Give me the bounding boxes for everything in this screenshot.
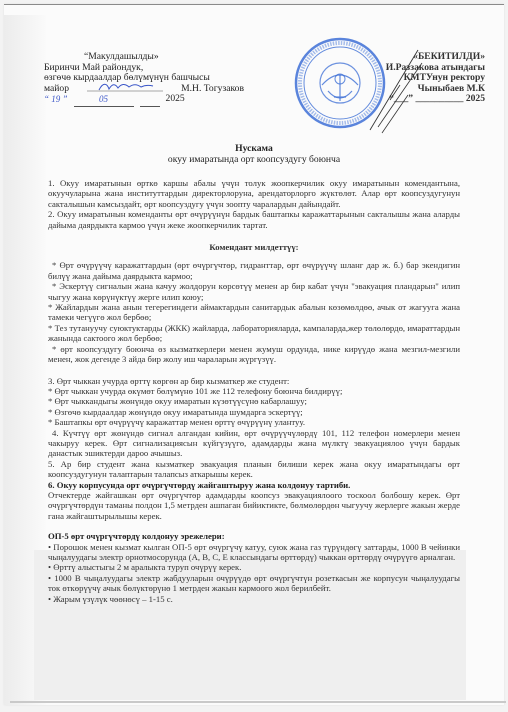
paragraph-4: 4. Күчтүү өрт жөнүндө сигнал алгандан ки… xyxy=(48,428,460,459)
agreed-block: “Макулдашылды» Биринчи Май райондук, өзг… xyxy=(44,52,244,107)
commandant-item: * Өрт өчүрүүчү каражаттардын (өрт өчүргү… xyxy=(48,260,460,281)
paragraph-6-heading: 6. Окуу корпусунда орт очүргүчтөрдү жайг… xyxy=(48,480,460,490)
agreed-date-blank xyxy=(140,94,160,107)
paragraph-3-item: * Баштапкы өрт өчүрүүчү каражаттар менен… xyxy=(48,417,460,427)
paragraph-3-item: * Өрт чыккан учурда өкүмөт бөлүмүнө 101 … xyxy=(48,386,460,396)
handwritten-signature-icon xyxy=(85,81,165,93)
document-subtitle: окуу имаратында орт коопсуздугу боюнча xyxy=(0,154,508,165)
op5-item: • 1000 В чыңалуудагы электр жабдууларын … xyxy=(48,573,460,594)
agreed-date: “ 19 ” 05 2025 xyxy=(44,94,244,107)
commandant-item: * өрт коопсуздугу боюнча өз кызматкерлер… xyxy=(48,344,460,365)
op5-item: • Өрттү алыстыгы 2 м аралыкта туруп очүр… xyxy=(48,562,460,572)
op5-item: • Порошок менен кызмат кылган ОП-5 өрт ө… xyxy=(48,542,460,563)
paragraph-2: 2. Окуу имаратынын коменданты өрт өчүрүү… xyxy=(48,209,460,230)
document-body: 1. Окуу имаратынын өрткө каршы абалы үчү… xyxy=(48,178,460,604)
paragraph-3-item: * Өрт чыккандыгы жөнүндө окуу имаратын к… xyxy=(48,396,460,406)
rector-signature-icon xyxy=(360,45,440,135)
document-title: Нускама xyxy=(0,143,508,154)
paragraph-3-item: * Өзгөчө кырдаалдар жөнүндө окуу имараты… xyxy=(48,407,460,417)
op5-heading: ОП-5 өрт очүргүчтөрдү колдонуу эрежелери… xyxy=(48,531,460,541)
commandant-heading: Комендант милдеттүү: xyxy=(48,242,460,252)
agreed-name: М.Н. Тогузаков xyxy=(181,84,244,95)
commandant-item: * Эскертүү сигналын жана качуу жолдорун … xyxy=(48,281,460,302)
paragraph-3-heading: 3. Өрт чыккан учурда өрттү көргөн ар бир… xyxy=(48,376,460,386)
scan-edge xyxy=(10,701,506,703)
agreed-date-month-field: 05 xyxy=(74,94,134,107)
paragraph-1: 1. Окуу имаратынын өрткө каршы абалы үчү… xyxy=(48,178,460,209)
document-header: Нускама окуу имаратында орт коопсуздугу … xyxy=(0,143,508,165)
op5-item: • Жарым үзүлүк чөөнөсү – 1-15 с. xyxy=(48,594,460,604)
agreed-title: “Макулдашылды» xyxy=(44,52,244,63)
agreed-rank: майор xyxy=(44,84,69,95)
paragraph-6-body: Отчектерде жайгашкан өрт очүргүчтөр адам… xyxy=(48,490,460,521)
agreed-date-year: 2025 xyxy=(166,94,185,107)
agreed-date-month: 05 xyxy=(99,94,108,104)
commandant-item: * Жайлардын жана анын тегерегиндеги айма… xyxy=(48,302,460,323)
agreed-signature-line: майор М.Н. Тогузаков xyxy=(44,84,244,95)
paragraph-5: 5. Ар бир студент жана кызматкер эвакуац… xyxy=(48,459,460,480)
commandant-item: * Тез тутануучу суюктуктарды (ЖКК) жайла… xyxy=(48,323,460,344)
agreed-date-day: “ 19 ” xyxy=(44,94,68,107)
